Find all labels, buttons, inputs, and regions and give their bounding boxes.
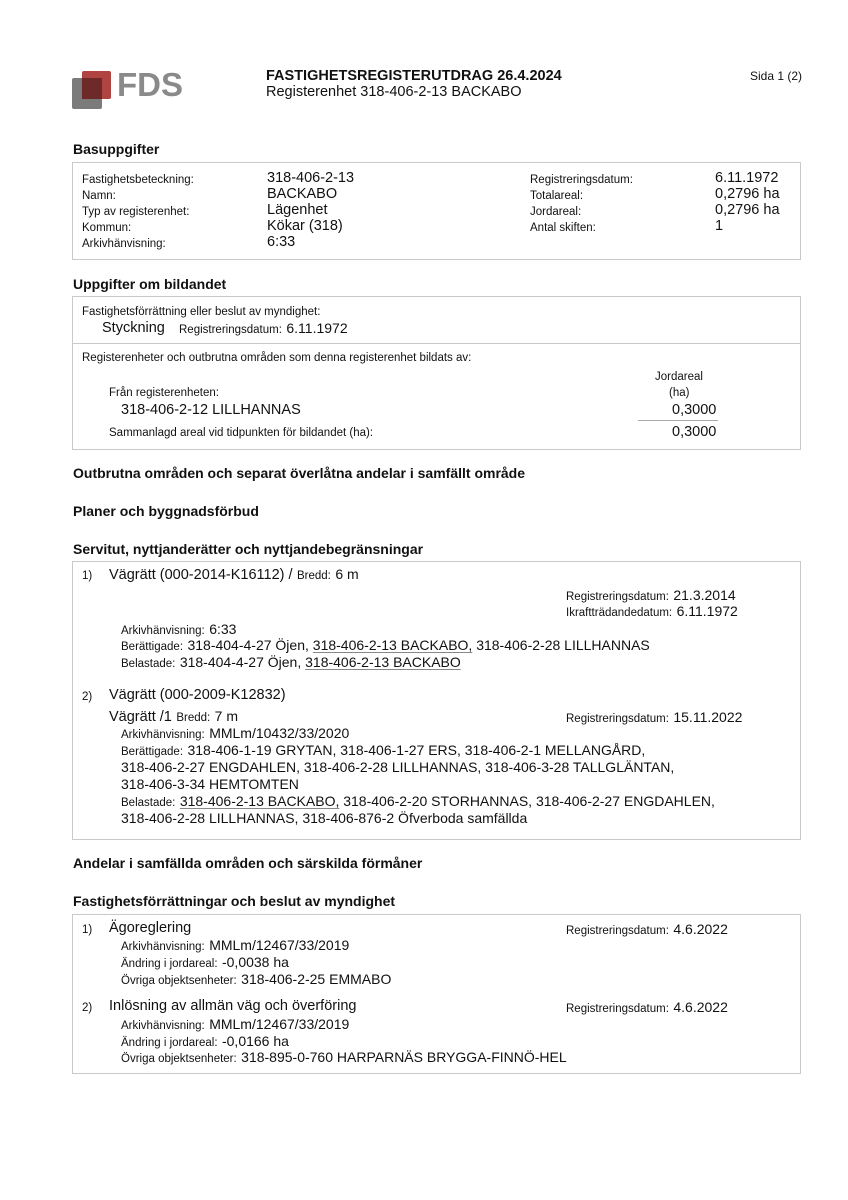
field-label: Namn: (82, 190, 116, 202)
field-value: Lägenhet (267, 202, 327, 218)
field-label: Totalareal: (530, 190, 583, 202)
total-area-value: 0,3000 (672, 424, 716, 440)
field-value: 318-406-2-13 (267, 170, 354, 186)
reg-date-label: Registreringsdatum: (179, 324, 282, 336)
divider (73, 343, 800, 344)
jordareal-column-header: Jordareal (655, 371, 703, 383)
sources-label: Registerenheter och outbrutna områden so… (82, 352, 471, 364)
item-title: Ägoreglering (109, 920, 191, 936)
field-value: 0,2796 ha (715, 186, 780, 202)
forrattning-type: Styckning (102, 320, 165, 336)
field-label: Antal skiften: (530, 222, 596, 234)
field-label: Registreringsdatum: (530, 174, 633, 186)
field-value: BACKABO (267, 186, 337, 202)
document-title: FASTIGHETSREGISTERUTDRAG 26.4.2024 (266, 68, 562, 84)
from-unit-label: Från registerenheten: (109, 387, 219, 399)
item-number: 2) (82, 691, 92, 703)
section-heading-planer: Planer och byggnadsförbud (73, 503, 259, 519)
logo-text: FDS (117, 66, 183, 104)
field-label: Kommun: (82, 222, 131, 234)
archive-reference: Arkivhänvisning: MMLm/10432/33/2020 (121, 725, 349, 743)
section-heading-bildandet: Uppgifter om bildandet (73, 276, 226, 292)
field-value: 6:33 (267, 234, 295, 250)
archive-reference: Arkivhänvisning: MMLm/12467/33/2019 (121, 1016, 349, 1034)
total-area-label: Sammanlagd areal vid tidpunkten för bild… (109, 427, 373, 439)
beneficiaries: Berättigade: 318-406-1-19 GRYTAN, 318-40… (121, 742, 645, 760)
archive-reference: Arkivhänvisning: MMLm/12467/33/2019 (121, 937, 349, 955)
item-number: 1) (82, 924, 92, 936)
other-units: Övriga objektsenheter: 318-406-2-25 EMMA… (121, 971, 391, 989)
current-unit-link: 318-406-2-13 BACKABO, (180, 793, 340, 809)
beneficiaries-line: 318-406-2-27 ENGDAHLEN, 318-406-2-28 LIL… (121, 759, 674, 775)
registration-date: Registreringsdatum: 4.6.2022 (566, 999, 728, 1017)
registration-date: Registreringsdatum: 4.6.2022 (566, 921, 728, 939)
field-value: 1 (715, 218, 723, 234)
section-heading-andelar: Andelar i samfällda områden och särskild… (73, 855, 422, 871)
page-number: Sida 1 (2) (750, 69, 802, 83)
item-title: Vägrätt (000-2014-K16112) / Bredd: 6 m (109, 566, 359, 584)
reg-date-value: 6.11.1972 (286, 320, 347, 336)
field-value: 6.11.1972 (715, 170, 778, 186)
field-label: Arkivhänvisning: (82, 238, 166, 250)
section-heading-servitut: Servitut, nyttjanderätter och nyttjandeb… (73, 541, 423, 557)
jordareal-column-unit: (ha) (669, 387, 689, 399)
burdened: Belastade: 318-404-4-27 Öjen, 318-406-2-… (121, 654, 461, 672)
item-subtitle: Vägrätt /1 Bredd: 7 m (109, 708, 238, 726)
effective-date: Ikraftträdandedatum: 6.11.1972 (566, 603, 738, 621)
from-unit-value: 318-406-2-12 LILLHANNAS (121, 402, 301, 418)
current-unit-link: 318-406-2-13 BACKABO (305, 654, 461, 670)
beneficiaries-line: 318-406-3-34 HEMTOMTEN (121, 776, 299, 792)
current-unit-link: 318-406-2-13 BACKABO, (313, 637, 473, 653)
forrattning-label: Fastighetsförrättning eller beslut av my… (82, 306, 320, 318)
field-value: Kökar (318) (267, 218, 343, 234)
field-label: Fastighetsbeteckning: (82, 174, 194, 186)
logo-overlap-icon (82, 78, 102, 99)
section-heading-outbrutna: Outbrutna områden och separat överlåtna … (73, 465, 525, 481)
item-number: 2) (82, 1002, 92, 1014)
field-label: Jordareal: (530, 206, 581, 218)
section-heading-forrattningar: Fastighetsförrättningar och beslut av my… (73, 893, 395, 909)
burdened: Belastade: 318-406-2-13 BACKABO, 318-406… (121, 793, 715, 811)
document-subtitle: Registerenhet 318-406-2-13 BACKABO (266, 84, 522, 100)
item-title: Inlösning av allmän väg och överföring (109, 998, 356, 1014)
section-heading-basuppgifter: Basuppgifter (73, 141, 159, 157)
forrattning-registration: Registreringsdatum: 6.11.1972 (179, 320, 348, 338)
beneficiaries: Berättigade: 318-404-4-27 Öjen, 318-406-… (121, 637, 650, 655)
area-change: Ändring i jordareal: -0,0038 ha (121, 954, 289, 972)
other-units: Övriga objektsenheter: 318-895-0-760 HAR… (121, 1049, 567, 1067)
registration-date: Registreringsdatum: 15.11.2022 (566, 709, 742, 727)
field-label: Typ av registerenhet: (82, 206, 189, 218)
item-number: 1) (82, 570, 92, 582)
sum-line (638, 420, 718, 421)
item-title: Vägrätt (000-2009-K12832) (109, 687, 286, 703)
field-value: 0,2796 ha (715, 202, 780, 218)
from-unit-area: 0,3000 (672, 402, 716, 418)
burdened-line: 318-406-2-28 LILLHANNAS, 318-406-876-2 Ö… (121, 810, 527, 826)
